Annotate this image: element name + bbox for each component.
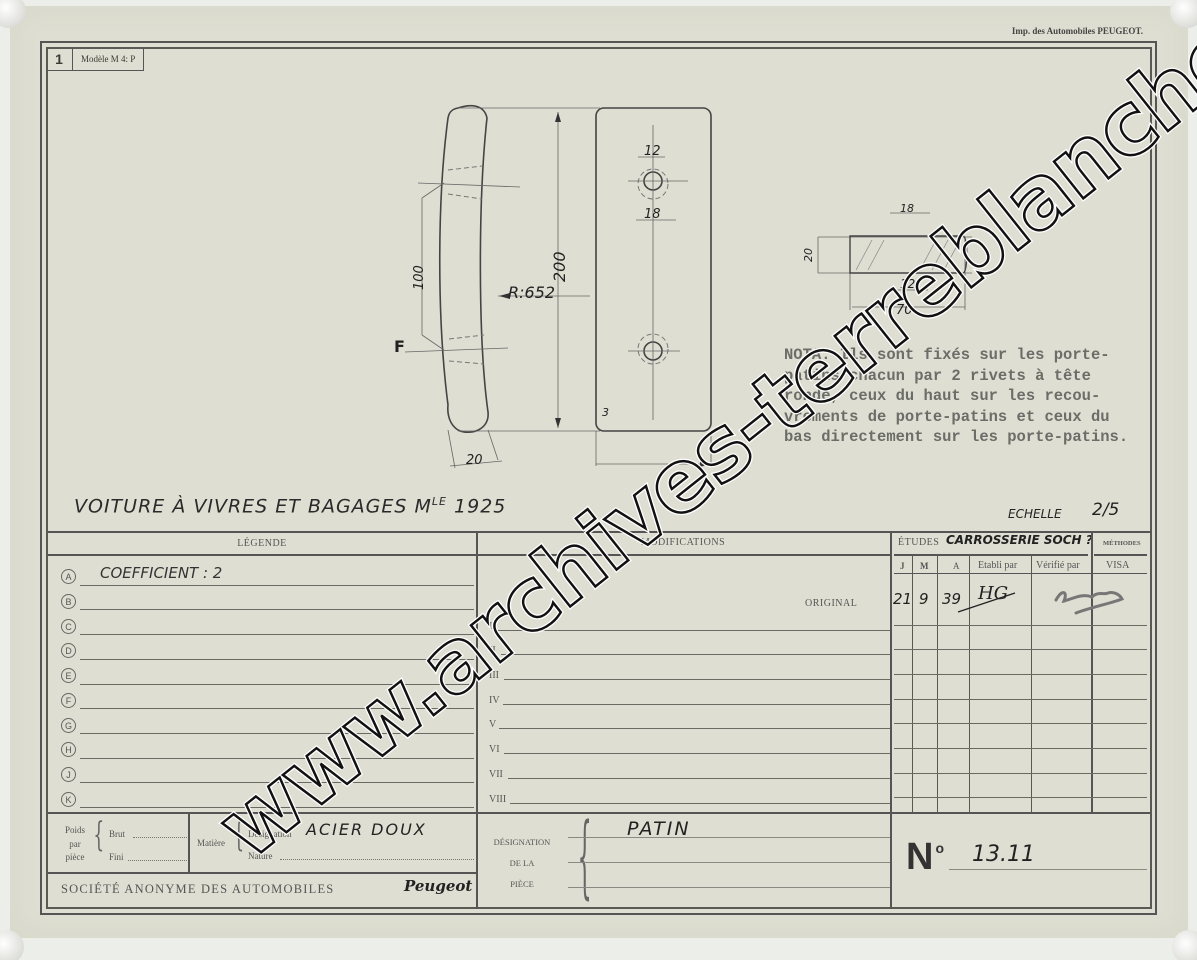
legend-letter-h: H [61,742,76,757]
column-etabli: Etabli par [978,560,1017,571]
legend-value-a: COEFFICIENT : 2 [100,564,222,582]
date-day: 21 [893,590,912,608]
number-label: No [906,836,944,879]
nota-line: bas directement sur les porte-patins. [784,428,1128,446]
sheet-number: 1 [46,47,73,70]
modification-row-label: VII [489,769,503,780]
brace-icon: { [93,818,104,852]
brace-icon: { [577,812,591,902]
brut-label: Brut [109,829,125,839]
printer-credit: Imp. des Automobiles PEUGEOT. [1012,26,1143,36]
drawing-title: VOITURE À VIVRES ET BAGAGES MLE 1925 [74,495,506,517]
legend-letter-j: J [61,767,76,782]
matiere-label: Matière [197,838,225,848]
legende-header: LÉGENDE [48,538,476,549]
modification-row-label: VI [489,744,500,755]
fini-field [128,860,189,861]
fini-label: Fini [109,852,124,862]
legend-letter-a: A [61,569,76,584]
column-visa: VISA [1106,560,1129,571]
column-j: J [900,561,905,571]
pin-bottom-right [1172,930,1197,960]
brand-logo: Peugeot [404,877,472,895]
legend-letter-e: E [61,668,76,683]
column-m: M [920,561,929,571]
legend-letter-d: D [61,643,76,658]
column-verifie: Vérifié par [1036,560,1080,571]
drawing-number: 13.11 [972,842,1035,867]
original-label: ORIGINAL [805,598,857,609]
scale-label: ECHELLE [1008,507,1062,521]
company-name: SOCIÉTÉ ANONYME DES AUTOMOBILES [61,882,334,897]
etudes-department: CARROSSERIE SOCH ? [946,533,1093,547]
legend-letter-k: K [61,792,76,807]
legend-letter-c: C [61,619,76,634]
divider-modifications-etudes [890,531,892,909]
column-a: A [953,561,960,571]
etudes-label: ÉTUDES [898,537,939,548]
model-label: Modèle M 4: P [73,47,143,70]
legend-letter-f: F [61,693,76,708]
date-month: 9 [919,590,929,608]
legend-letter-b: B [61,594,76,609]
scale-value: 2/5 [1092,500,1119,520]
modification-row-label: V [489,719,496,730]
signature-underline-icon [955,590,1025,615]
model-box: 1 Modèle M 4: P [46,47,144,71]
legend-letter-g: G [61,718,76,733]
modification-row-label: VIII [489,794,506,805]
header-underline [48,554,890,556]
signature-verifie-icon [1052,585,1132,617]
methodes-label: MÉTHODES [1103,540,1141,547]
brut-field [133,837,189,838]
nature-field [280,859,474,860]
